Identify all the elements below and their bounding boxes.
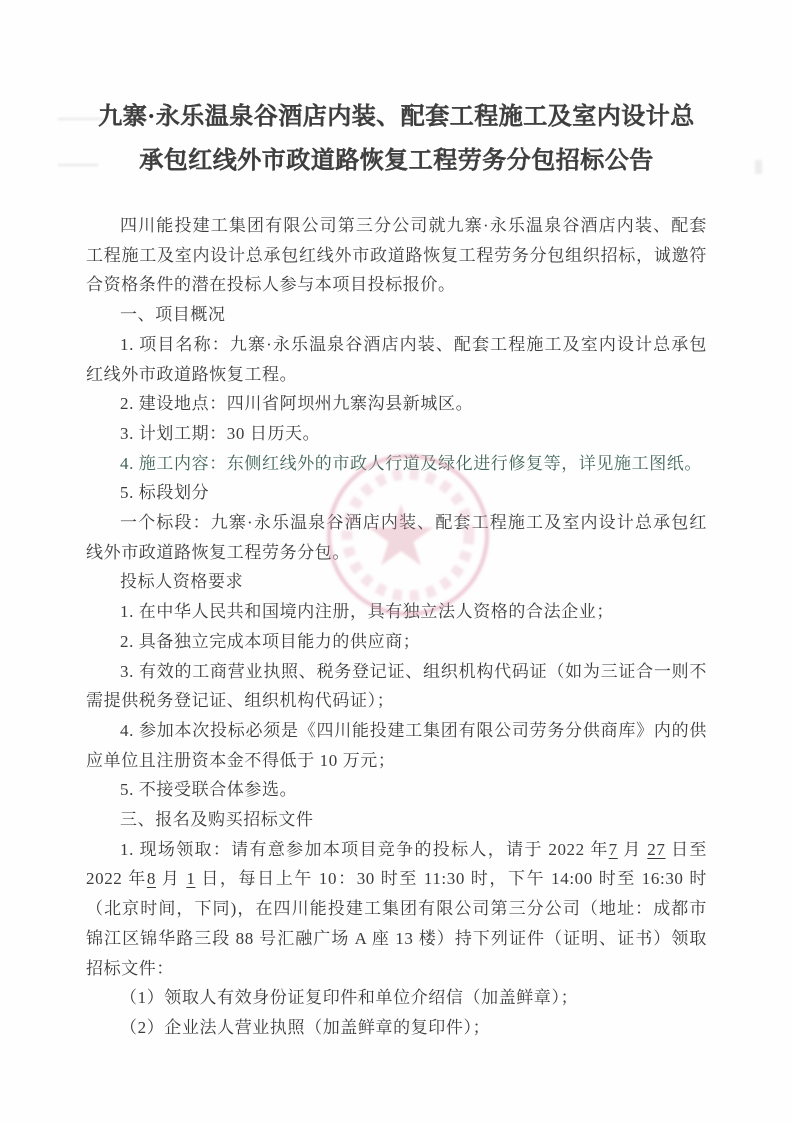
lot-description-paragraph: 一个标段：九寨·永乐温泉谷酒店内装、配套工程施工及室内设计总承包红线外市政道路恢… <box>86 508 707 567</box>
section-heading-project-overview: 一、项目概况 <box>86 300 707 330</box>
document-title-line-1: 九寨·永乐温泉谷酒店内装、配套工程施工及室内设计总 <box>86 95 707 139</box>
intro-paragraph: 四川能投建工集团有限公司第三分公司就九寨·永乐温泉谷酒店内装、配套工程施工及室内… <box>86 211 707 300</box>
project-duration-item: 3. 计划工期：30 日历天。 <box>86 419 707 449</box>
onsite-pickup-paragraph: 1. 现场领取：请有意参加本项目竞争的投标人，请于 2022 年7 月 27 日… <box>86 835 707 984</box>
underlined-date-part: 27 <box>647 840 665 859</box>
lot-division-item: 5. 标段划分 <box>86 478 707 508</box>
project-scope-item: 4. 施工内容：东侧红线外的市政人行道及绿化进行修复等，详见施工图纸。 <box>86 449 707 479</box>
project-location-item: 2. 建设地点：四川省阿坝州九寨沟县新城区。 <box>86 389 707 419</box>
document-content: 九寨·永乐温泉谷酒店内装、配套工程施工及室内设计总 承包红线外市政道路恢复工程劳… <box>86 95 707 1043</box>
section-heading-registration: 三、报名及购买招标文件 <box>86 805 707 835</box>
qualification-item-5: 5. 不接受联合体参选。 <box>86 775 707 805</box>
qualification-item-1: 1. 在中华人民共和国境内注册，具有独立法人资格的合法企业； <box>86 597 707 627</box>
qualification-item-3: 3. 有效的工商营业执照、税务登记证、组织机构代码证（如为三证合一则不需提供税务… <box>86 657 707 716</box>
underlined-date-part: 8 <box>147 869 156 888</box>
document-body: 四川能投建工集团有限公司第三分公司就九寨·永乐温泉谷酒店内装、配套工程施工及室内… <box>86 211 707 1043</box>
scanned-tender-announcement-page: 九寨·永乐温泉谷酒店内装、配套工程施工及室内设计总 承包红线外市政道路恢复工程劳… <box>0 0 793 1123</box>
scan-artifact-streak <box>755 160 762 174</box>
qualification-item-4: 4. 参加本次投标必须是《四川能投建工集团有限公司劳务分供商库》内的供应单位且注… <box>86 716 707 775</box>
document-title: 九寨·永乐温泉谷酒店内装、配套工程施工及室内设计总 承包红线外市政道路恢复工程劳… <box>86 95 707 183</box>
certificate-item-1: （1）领取人有效身份证复印件和单位介绍信（加盖鲜章）； <box>86 983 707 1013</box>
qualification-heading: 投标人资格要求 <box>86 567 707 597</box>
certificate-item-2: （2）企业法人营业执照（加盖鲜章的复印件）； <box>86 1013 707 1043</box>
document-title-line-2: 承包红线外市政道路恢复工程劳务分包招标公告 <box>86 139 707 183</box>
project-name-item: 1. 项目名称：九寨·永乐温泉谷酒店内装、配套工程施工及室内设计总承包红线外市政… <box>86 330 707 389</box>
qualification-item-2: 2. 具备独立完成本项目能力的供应商； <box>86 627 707 657</box>
underlined-date-part: 7 <box>609 840 618 859</box>
